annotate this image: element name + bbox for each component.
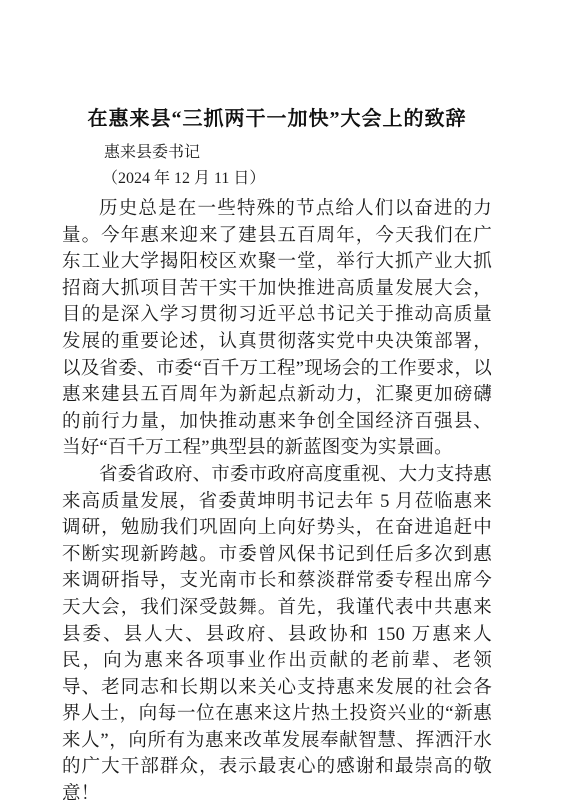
paragraph: 历史总是在一些特殊的节点给人们以奋进的力量。今年惠来迎来了建县五百周年，今天我们… [62,196,492,462]
document-title: 在惠来县“三抓两干一加快”大会上的致辞 [62,106,492,132]
document-body: 历史总是在一些特殊的节点给人们以奋进的力量。今年惠来迎来了建县五百周年，今天我们… [62,196,492,807]
document-page: 在惠来县“三抓两干一加快”大会上的致辞 惠来县委书记 （2024 年 12 月 … [0,0,570,807]
document-date: （2024 年 12 月 11 日） [62,166,492,192]
document-byline: 惠来县委书记 [62,140,492,166]
paragraph: 省委省政府、市委市政府高度重视、大力支持惠来高质量发展，省委黄坤明书记去年 5 … [62,462,492,807]
document-content: 在惠来县“三抓两干一加快”大会上的致辞 惠来县委书记 （2024 年 12 月 … [62,106,492,807]
